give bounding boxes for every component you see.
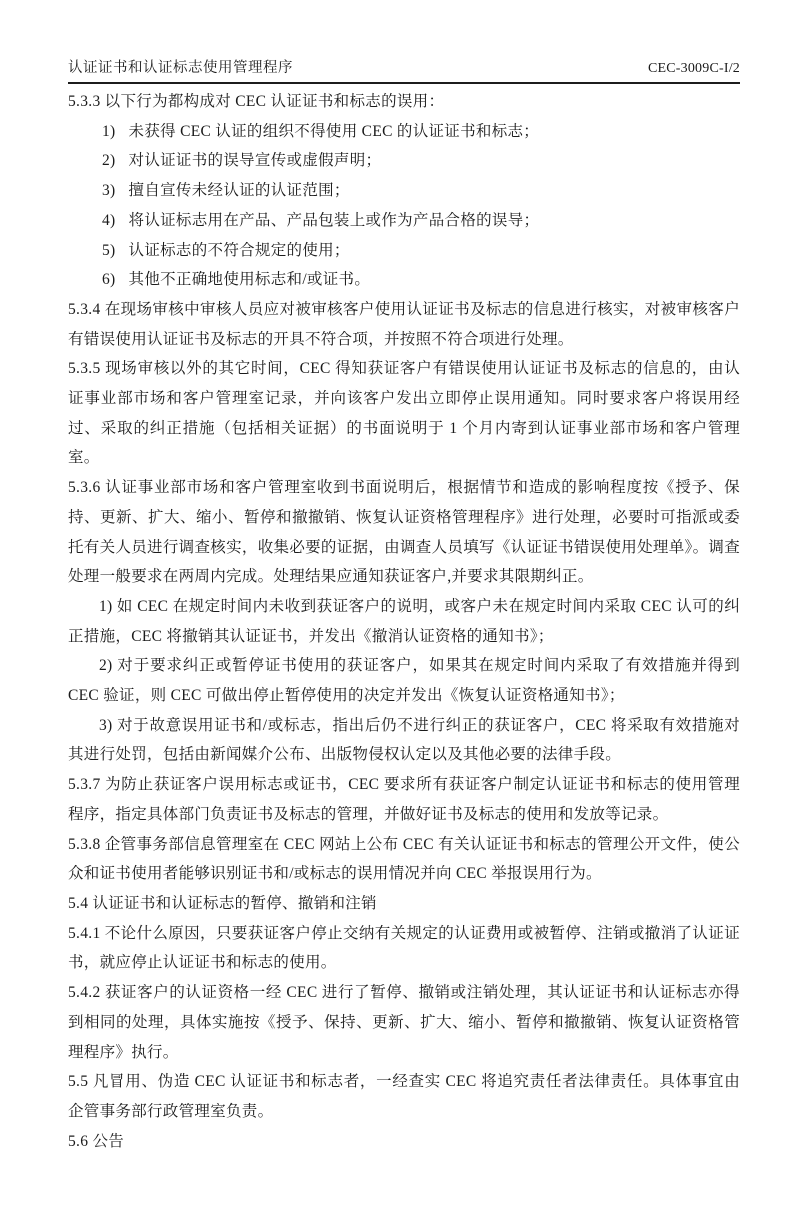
paragraph: 5.4.2 获证客户的认证资格一经 CEC 进行了暂停、撤销或注销处理，其认证证… [68, 978, 740, 1067]
paragraph: 5.3.3 以下行为都构成对 CEC 认证证书和标志的误用： [68, 87, 740, 117]
paragraph: 5.3.5 现场审核以外的其它时间，CEC 得知获证客户有错误使用认证证书及标志… [68, 354, 740, 473]
paragraph: 3) 对于故意误用证书和/或标志，指出后仍不进行纠正的获证客户，CEC 将采取有… [68, 711, 740, 770]
list-item: 4)将认证标志用在产品、产品包装上或作为产品合格的误导； [102, 206, 740, 236]
paragraph: 1) 如 CEC 在规定时间内未收到获证客户的说明，或客户未在规定时间内采取 C… [68, 592, 740, 651]
list-item-number: 3) [102, 176, 116, 206]
list-item-number: 1) [102, 117, 116, 147]
list-item: 5)认证标志的不符合规定的使用； [102, 236, 740, 266]
paragraph: 5.3.6 认证事业部市场和客户管理室收到书面说明后，根据情节和造成的影响程度按… [68, 473, 740, 592]
list-item-number: 6) [102, 265, 116, 295]
paragraph: 5.4.1 不论什么原因，只要获证客户停止交纳有关规定的认证费用或被暂停、注销或… [68, 919, 740, 978]
paragraph: 5.5 凡冒用、伪造 CEC 认证证书和标志者，一经查实 CEC 将追究责任者法… [68, 1067, 740, 1126]
paragraph: 5.3.4 在现场审核中审核人员应对被审核客户使用认证证书及标志的信息进行核实，… [68, 295, 740, 354]
paragraph: 5.4 认证证书和认证标志的暂停、撤销和注销 [68, 889, 740, 919]
list-item: 1)未获得 CEC 认证的组织不得使用 CEC 的认证证书和标志； [102, 117, 740, 147]
list-item: 2)对认证证书的误导宣传或虚假声明； [102, 146, 740, 176]
list-item-number: 2) [102, 146, 116, 176]
document-body: 5.3.3 以下行为都构成对 CEC 认证证书和标志的误用：1)未获得 CEC … [68, 87, 740, 1156]
list-item: 3)擅自宣传未经认证的认证范围； [102, 176, 740, 206]
paragraph: 5.3.7 为防止获证客户误用标志或证书，CEC 要求所有获证客户制定认证证书和… [68, 770, 740, 829]
paragraph: 5.3.8 企管事务部信息管理室在 CEC 网站上公布 CEC 有关认证证书和标… [68, 830, 740, 889]
paragraph: 5.6 公告 [68, 1127, 740, 1157]
header-title: 认证证书和认证标志使用管理程序 [68, 56, 293, 77]
header-doc-number: CEC-3009C-I/2 [648, 61, 740, 77]
document-page: 认证证书和认证标志使用管理程序 CEC-3009C-I/2 5.3.3 以下行为… [0, 0, 808, 1218]
paragraph: 2) 对于要求纠正或暂停证书使用的获证客户，如果其在规定时间内采取了有效措施并得… [68, 651, 740, 710]
list-item: 6)其他不正确地使用标志和/或证书。 [102, 265, 740, 295]
page-header: 认证证书和认证标志使用管理程序 CEC-3009C-I/2 [68, 0, 740, 84]
list-item-number: 5) [102, 236, 116, 266]
list-item-number: 4) [102, 206, 116, 236]
